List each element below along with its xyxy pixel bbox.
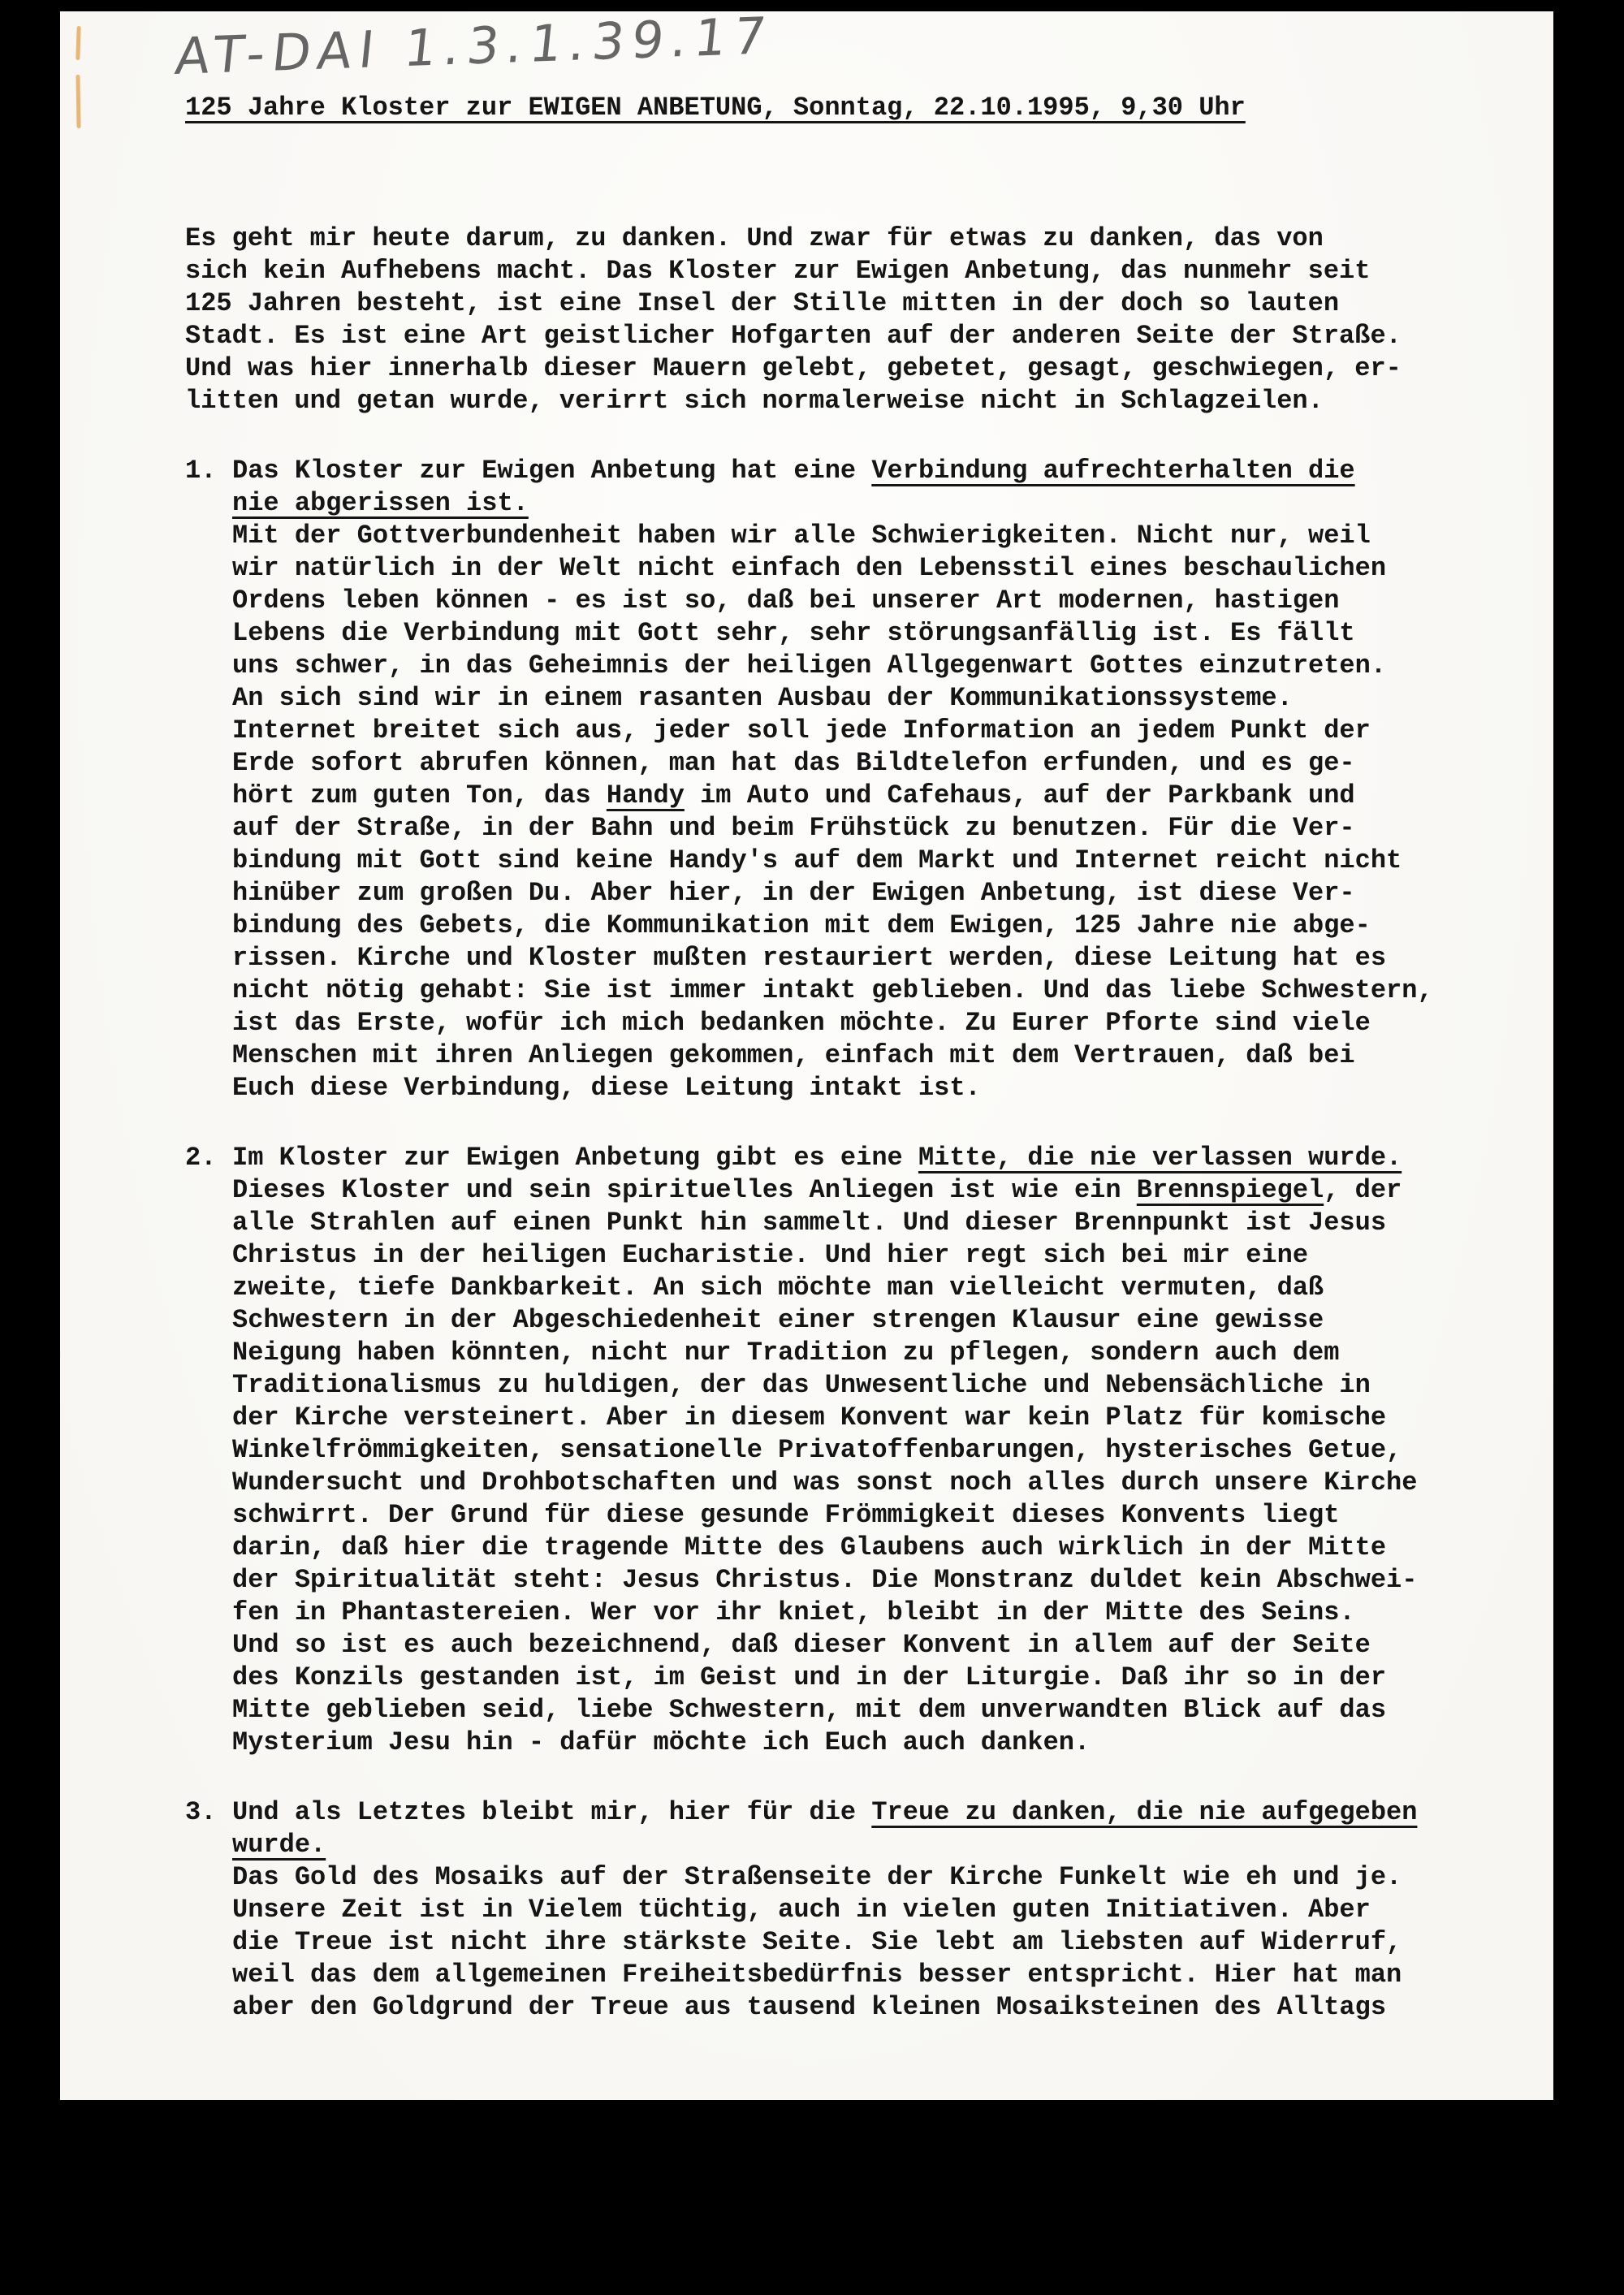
text-segment: , der xyxy=(1324,1175,1402,1205)
text-line: ist das Erste, wofür ich mich bedanken m… xyxy=(232,1007,1521,1039)
text-line: des Konzils gestanden ist, im Geist und … xyxy=(232,1662,1521,1694)
text-segment: Das Kloster zur Ewigen Anbetung hat eine xyxy=(232,456,871,486)
text-line: Internet breitet sich aus, jeder soll je… xyxy=(232,715,1521,747)
scan-background: { "colors":{ "bg":"#000000", "paper":"#f… xyxy=(0,0,1624,2295)
section-heading-line: Und als Letztes bleibt mir, hier für die… xyxy=(232,1796,1521,1829)
text-segment: Und so ist es auch bezeichnend, daß dies… xyxy=(232,1630,1371,1660)
text-line: wir natürlich in der Welt nicht einfach … xyxy=(232,552,1521,585)
text-segment: Schwestern in der Abgeschiedenheit einer… xyxy=(232,1305,1324,1335)
text-segment: schwirrt. Der Grund für diese gesunde Fr… xyxy=(232,1500,1339,1530)
text-segment: zweite, tiefe Dankbarkeit. An sich möcht… xyxy=(232,1273,1324,1303)
section-number: 1. xyxy=(185,455,232,487)
text-line: Stadt. Es ist eine Art geistlicher Hofga… xyxy=(185,320,1521,352)
text-segment: Unsere Zeit ist in Vielem tüchtig, auch … xyxy=(232,1895,1371,1925)
text-line: Mysterium Jesu hin - dafür möchte ich Eu… xyxy=(232,1727,1521,1759)
underlined-text: nie abgerissen ist. xyxy=(232,488,529,518)
text-line: An sich sind wir in einem rasanten Ausba… xyxy=(232,682,1521,715)
text-segment: Traditionalismus zu huldigen, der das Un… xyxy=(232,1370,1371,1400)
text-line: Wundersucht und Drohbotschaften und was … xyxy=(232,1467,1521,1499)
text-segment: Erde sofort abrufen können, man hat das … xyxy=(232,748,1355,778)
document-title-text: 125 Jahre Kloster zur EWIGEN ANBETUNG, S… xyxy=(185,93,1246,123)
text-line: nicht nötig gehabt: Sie ist immer intakt… xyxy=(232,975,1521,1007)
text-segment: Und als Letztes bleibt mir, hier für die xyxy=(232,1797,871,1827)
text-segment: Es geht mir heute darum, zu danken. Und … xyxy=(185,223,1324,253)
text-segment: Menschen mit ihren Anliegen gekommen, ei… xyxy=(232,1040,1355,1070)
text-line: Und was hier innerhalb dieser Mauern gel… xyxy=(185,352,1521,385)
text-line: rissen. Kirche und Kloster mußten restau… xyxy=(232,942,1521,975)
text-segment: ist das Erste, wofür ich mich bedanken m… xyxy=(232,1008,1371,1038)
text-segment: Winkelfrömmigkeiten, sensationelle Priva… xyxy=(232,1435,1402,1465)
document-page: AT-DAI 1.3.1.39.17 125 Jahre Kloster zur… xyxy=(60,11,1553,2100)
section-heading-line: nie abgerissen ist. xyxy=(232,487,1521,520)
text-line: weil das dem allgemeinen Freiheitsbedürf… xyxy=(232,1959,1521,1991)
section-text: Im Kloster zur Ewigen Anbetung gibt es e… xyxy=(232,1142,1521,1759)
text-segment: Stadt. Es ist eine Art geistlicher Hofga… xyxy=(185,321,1402,351)
text-line: Euch diese Verbindung, diese Leitung int… xyxy=(232,1072,1521,1104)
text-line: Erde sofort abrufen können, man hat das … xyxy=(232,747,1521,780)
text-segment: uns schwer, in das Geheimnis der heilige… xyxy=(232,650,1386,681)
text-line: Unsere Zeit ist in Vielem tüchtig, auch … xyxy=(232,1894,1521,1926)
text-segment: aber den Goldgrund der Treue aus tausend… xyxy=(232,1992,1386,2022)
text-line: Winkelfrömmigkeiten, sensationelle Priva… xyxy=(232,1434,1521,1467)
underlined-text: Treue zu danken, die nie aufgegeben xyxy=(871,1797,1417,1827)
text-line: auf der Straße, in der Bahn und beim Frü… xyxy=(232,812,1521,845)
archival-reference-annotation: AT-DAI 1.3.1.39.17 xyxy=(172,6,775,86)
text-line: hinüber zum großen Du. Aber hier, in der… xyxy=(232,877,1521,910)
text-segment: hört zum guten Ton, das xyxy=(232,780,607,810)
text-line: Und so ist es auch bezeichnend, daß dies… xyxy=(232,1629,1521,1662)
text-line: aber den Goldgrund der Treue aus tausend… xyxy=(232,1991,1521,2024)
text-line: Lebens die Verbindung mit Gott sehr, seh… xyxy=(232,617,1521,650)
text-line: litten und getan wurde, verirrt sich nor… xyxy=(185,385,1521,417)
text-line: uns schwer, in das Geheimnis der heilige… xyxy=(232,650,1521,682)
document-body: Es geht mir heute darum, zu danken. Und … xyxy=(185,223,1521,2024)
numbered-section: 3.Und als Letztes bleibt mir, hier für d… xyxy=(185,1796,1521,2024)
document-title: 125 Jahre Kloster zur EWIGEN ANBETUNG, S… xyxy=(185,93,1246,123)
text-segment: wir natürlich in der Welt nicht einfach … xyxy=(232,553,1386,583)
text-line: Dieses Kloster und sein spirituelles Anl… xyxy=(232,1174,1521,1207)
text-segment: Und was hier innerhalb dieser Mauern gel… xyxy=(185,353,1402,383)
text-segment: Dieses Kloster und sein spirituelles Anl… xyxy=(232,1175,1137,1205)
text-segment: Neigung haben könnten, nicht nur Traditi… xyxy=(232,1338,1339,1368)
section-number: 3. xyxy=(185,1796,232,1829)
text-line: der Spiritualität steht: Jesus Christus.… xyxy=(232,1564,1521,1597)
underlined-text: Brennspiegel xyxy=(1137,1175,1324,1205)
text-segment: 125 Jahren besteht, ist eine Insel der S… xyxy=(185,288,1339,318)
text-line: Mitte geblieben seid, liebe Schwestern, … xyxy=(232,1694,1521,1727)
text-line: darin, daß hier die tragende Mitte des G… xyxy=(232,1532,1521,1564)
text-line: Es geht mir heute darum, zu danken. Und … xyxy=(185,223,1521,255)
text-segment: litten und getan wurde, verirrt sich nor… xyxy=(185,386,1324,416)
text-segment: Ordens leben können - es ist so, daß bei… xyxy=(232,586,1339,616)
text-line: die Treue ist nicht ihre stärkste Seite.… xyxy=(232,1926,1521,1959)
section-number: 2. xyxy=(185,1142,232,1174)
text-segment: Lebens die Verbindung mit Gott sehr, seh… xyxy=(232,618,1355,648)
text-segment: Christus in der heiligen Eucharistie. Un… xyxy=(232,1240,1308,1270)
text-line: Mit der Gottverbundenheit haben wir alle… xyxy=(232,520,1521,552)
underlined-text: Verbindung aufrechterhalten die xyxy=(871,456,1354,486)
text-segment: hinüber zum großen Du. Aber hier, in der… xyxy=(232,878,1355,908)
text-line: Traditionalismus zu huldigen, der das Un… xyxy=(232,1369,1521,1402)
section-heading-line: Im Kloster zur Ewigen Anbetung gibt es e… xyxy=(232,1142,1521,1174)
text-line: alle Strahlen auf einen Punkt hin sammel… xyxy=(232,1207,1521,1239)
text-segment: darin, daß hier die tragende Mitte des G… xyxy=(232,1532,1386,1562)
text-segment: im Auto und Cafehaus, auf der Parkbank u… xyxy=(685,780,1355,810)
text-segment: Mit der Gottverbundenheit haben wir alle… xyxy=(232,521,1371,551)
text-line: der Kirche versteinert. Aber in diesem K… xyxy=(232,1402,1521,1434)
text-line: Menschen mit ihren Anliegen gekommen, ei… xyxy=(232,1039,1521,1072)
text-line: Das Gold des Mosaiks auf der Straßenseit… xyxy=(232,1861,1521,1894)
text-line: Schwestern in der Abgeschiedenheit einer… xyxy=(232,1304,1521,1337)
text-line: hört zum guten Ton, das Handy im Auto un… xyxy=(232,780,1521,812)
section-text: Und als Letztes bleibt mir, hier für die… xyxy=(232,1796,1521,2024)
numbered-section: 2.Im Kloster zur Ewigen Anbetung gibt es… xyxy=(185,1142,1521,1759)
text-line: Ordens leben können - es ist so, daß bei… xyxy=(232,585,1521,617)
text-line: zweite, tiefe Dankbarkeit. An sich möcht… xyxy=(232,1272,1521,1304)
text-segment: nicht nötig gehabt: Sie ist immer intakt… xyxy=(232,975,1433,1005)
text-segment: Mitte geblieben seid, liebe Schwestern, … xyxy=(232,1695,1386,1725)
text-segment: des Konzils gestanden ist, im Geist und … xyxy=(232,1662,1386,1692)
text-line: schwirrt. Der Grund für diese gesunde Fr… xyxy=(232,1499,1521,1532)
text-segment: weil das dem allgemeinen Freiheitsbedürf… xyxy=(232,1960,1402,1990)
text-segment: Euch diese Verbindung, diese Leitung int… xyxy=(232,1073,981,1103)
text-segment: fen in Phantastereien. Wer vor ihr kniet… xyxy=(232,1597,1355,1627)
text-line: bindung des Gebets, die Kommunikation mi… xyxy=(232,910,1521,942)
text-segment: Das Gold des Mosaiks auf der Straßenseit… xyxy=(232,1862,1402,1892)
text-line: bindung mit Gott sind keine Handy's auf … xyxy=(232,845,1521,877)
text-segment: sich kein Aufhebens macht. Das Kloster z… xyxy=(185,256,1370,286)
section-heading-line: Das Kloster zur Ewigen Anbetung hat eine… xyxy=(232,455,1521,487)
text-segment: Wundersucht und Drohbotschaften und was … xyxy=(232,1467,1417,1498)
text-segment: An sich sind wir in einem rasanten Ausba… xyxy=(232,683,1293,713)
text-line: fen in Phantastereien. Wer vor ihr kniet… xyxy=(232,1597,1521,1629)
text-segment: der Spiritualität steht: Jesus Christus.… xyxy=(232,1565,1417,1595)
text-segment: Internet breitet sich aus, jeder soll je… xyxy=(232,715,1371,746)
text-segment: rissen. Kirche und Kloster mußten restau… xyxy=(232,943,1386,973)
text-line: sich kein Aufhebens macht. Das Kloster z… xyxy=(185,255,1521,287)
text-line: Neigung haben könnten, nicht nur Traditi… xyxy=(232,1337,1521,1369)
text-segment: bindung des Gebets, die Kommunikation mi… xyxy=(232,910,1371,940)
intro-paragraph: Es geht mir heute darum, zu danken. Und … xyxy=(185,223,1521,417)
underlined-text: Mitte, die nie verlassen wurde. xyxy=(918,1143,1402,1173)
text-segment: Mysterium Jesu hin - dafür möchte ich Eu… xyxy=(232,1727,1090,1757)
text-segment: der Kirche versteinert. Aber in diesem K… xyxy=(232,1402,1386,1433)
section-heading-line: wurde. xyxy=(232,1829,1521,1861)
text-line: Christus in der heiligen Eucharistie. Un… xyxy=(232,1239,1521,1272)
section-text: Das Kloster zur Ewigen Anbetung hat eine… xyxy=(232,455,1521,1104)
text-segment: bindung mit Gott sind keine Handy's auf … xyxy=(232,845,1402,875)
underlined-text: wurde. xyxy=(232,1830,326,1860)
text-segment: die Treue ist nicht ihre stärkste Seite.… xyxy=(232,1927,1402,1957)
text-segment: auf der Straße, in der Bahn und beim Frü… xyxy=(232,813,1355,843)
text-segment: Im Kloster zur Ewigen Anbetung gibt es e… xyxy=(232,1143,918,1173)
underlined-text: Handy xyxy=(607,780,685,810)
text-segment: alle Strahlen auf einen Punkt hin sammel… xyxy=(232,1208,1386,1238)
numbered-section: 1.Das Kloster zur Ewigen Anbetung hat ei… xyxy=(185,455,1521,1104)
text-line: 125 Jahren besteht, ist eine Insel der S… xyxy=(185,287,1521,320)
